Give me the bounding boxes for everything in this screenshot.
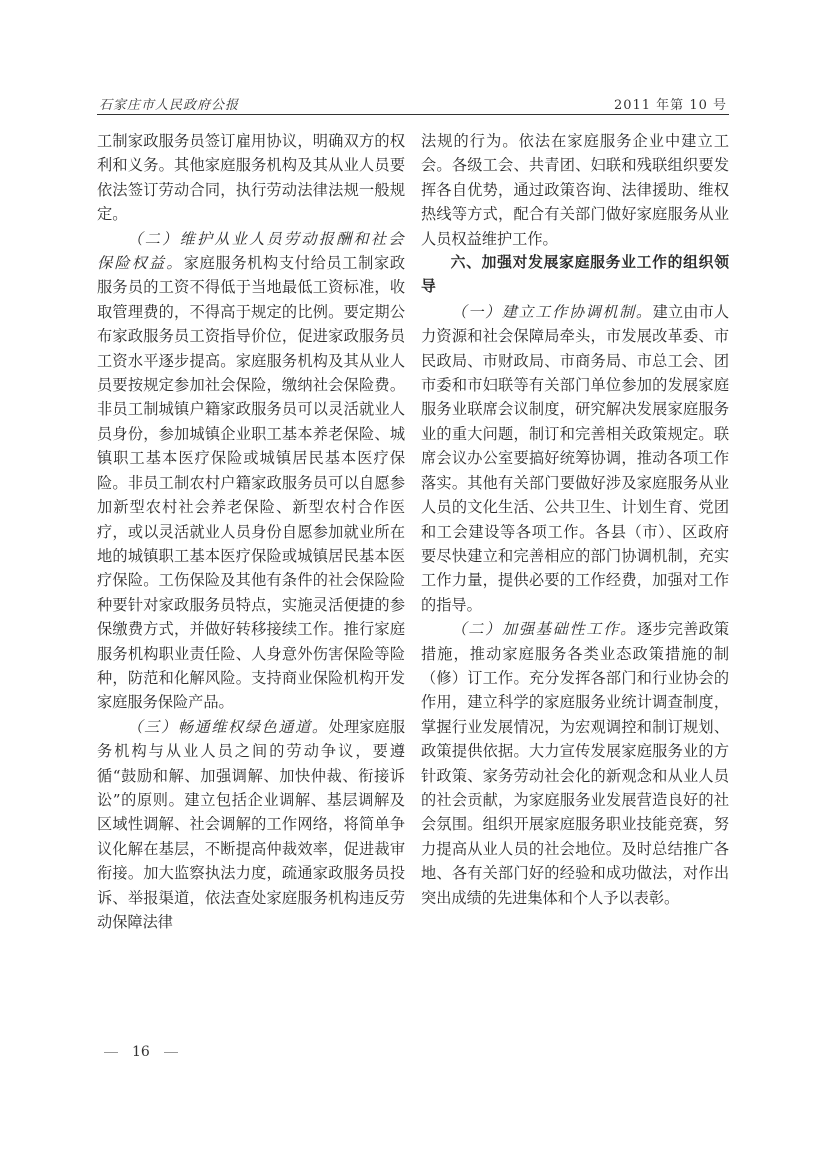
paragraph: （一）建立工作协调机制。建立由市人力资源和社会保障局牵头，市发展改革委、市民政局… [421, 300, 729, 617]
paragraph: （二）维护从业人员劳动报酬和社会保险权益。家庭服务机构支付给员工制家政服务员的工… [97, 227, 405, 715]
paragraph-body: 家庭服务机构支付给员工制家政服务员的工资不得低于当地最低工资标准，收取管理费的，… [97, 254, 405, 711]
paragraph: 工制家政服务员签订雇用协议，明确双方的权利和义务。其他家庭服务机构及其从业人员要… [97, 129, 405, 227]
paragraph-lead: （三）畅通维权绿色通道。 [127, 718, 328, 736]
paragraph-body: 处理家庭服务机构与从业人员之间的劳动争议，要遵循“鼓励和解、加强调解、加快仲裁、… [97, 718, 405, 931]
dash-ornament [164, 1052, 178, 1053]
paragraph-body: 逐步完善政策措施，推动家庭服务各类业态政策措施的制（修）订工作。充分发挥各部门和… [421, 620, 729, 906]
left-column: 工制家政服务员签订雇用协议，明确双方的权利和义务。其他家庭服务机构及其从业人员要… [97, 129, 405, 934]
paragraph: 法规的行为。依法在家庭服务企业中建立工会。各级工会、共青团、妇联和残联组织要发挥… [421, 129, 729, 251]
paragraph-body: 建立由市人力资源和社会保障局牵头，市发展改革委、市民政局、市财政局、市商务局、市… [421, 303, 729, 614]
section-heading: 六、加强对发展家庭服务业工作的组织领导 [421, 251, 729, 300]
dash-ornament [104, 1052, 118, 1053]
running-header: 石家庄市人民政府公报 2011 年第 10 号 [97, 92, 729, 115]
paragraph: （三）畅通维权绿色通道。处理家庭服务机构与从业人员之间的劳动争议，要遵循“鼓励和… [97, 715, 405, 935]
page-number: 16 [132, 1044, 150, 1060]
paragraph-lead: （二）加强基础性工作。 [451, 620, 637, 638]
right-column: 法规的行为。依法在家庭服务企业中建立工会。各级工会、共青团、妇联和残联组织要发挥… [421, 129, 729, 910]
paragraph-lead: （一）建立工作协调机制。 [451, 303, 652, 321]
publication-title: 石家庄市人民政府公报 [99, 94, 239, 113]
paragraph: （二）加强基础性工作。逐步完善政策措施，推动家庭服务各类业态政策措施的制（修）订… [421, 617, 729, 910]
page-footer: 16 [104, 1044, 192, 1060]
issue-number: 2011 年第 10 号 [614, 94, 727, 113]
